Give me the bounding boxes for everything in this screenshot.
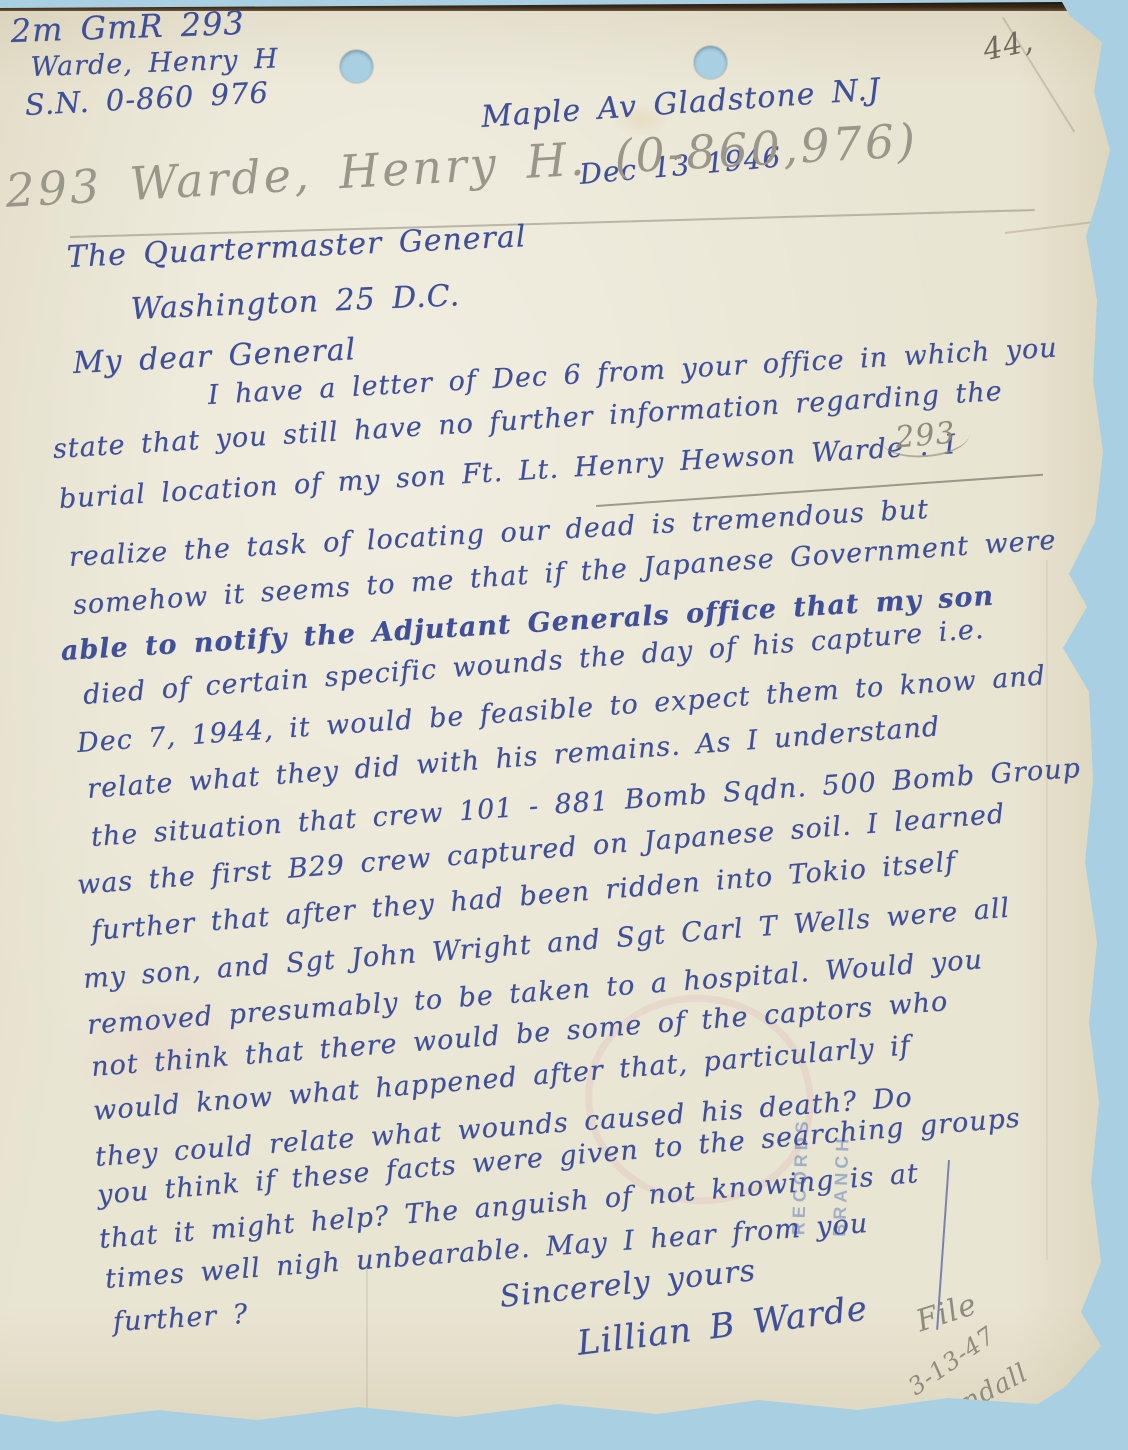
punch-hole bbox=[694, 46, 727, 79]
punch-hole bbox=[340, 50, 373, 83]
reference-line: S.N. 0-860 976 bbox=[24, 75, 270, 122]
letter-line: further ? bbox=[112, 1299, 249, 1338]
case-header-pencil: 293 Warde, Henry H. (0-860,976) bbox=[4, 113, 919, 218]
recipient-line: Washington 25 D.C. bbox=[130, 278, 461, 327]
scanned-letter-background: RECORDS BRANCH 2m GmR 293 Warde, Henry H… bbox=[0, 0, 1128, 1450]
crease-line bbox=[366, 1268, 368, 1418]
reference-line: 2m GmR 293 bbox=[10, 4, 245, 50]
recipient-line: The Quartermaster General bbox=[66, 219, 527, 275]
crease-line bbox=[1005, 221, 1093, 233]
letter-page: RECORDS BRANCH 2m GmR 293 Warde, Henry H… bbox=[0, 0, 1128, 1450]
crease-line bbox=[1046, 560, 1048, 1260]
